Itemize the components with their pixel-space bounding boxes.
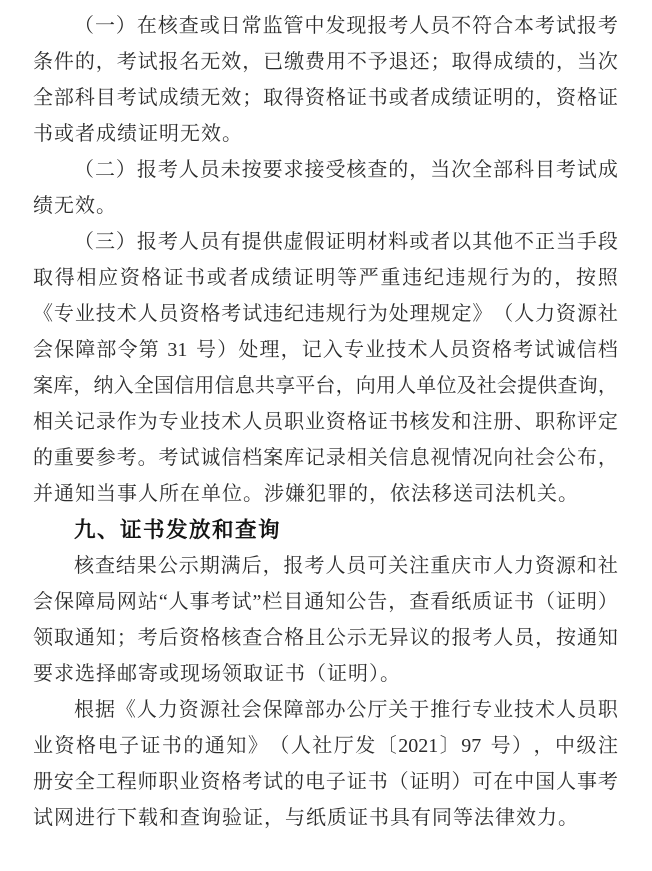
text-line: （二）报考人员未按要求接受核查的，当次全部科目考试成 — [33, 152, 618, 188]
text-line: 书或者成绩证明无效。 — [33, 116, 618, 152]
section-heading: 九、证书发放和查询 — [33, 512, 618, 548]
text-line: 会保障部令第 31 号）处理，记入专业技术人员资格考试诚信档 — [33, 332, 618, 368]
text-line: 册安全工程师职业资格考试的电子证书（证明）可在中国人事考 — [33, 764, 618, 800]
document-text: （一）在核查或日常监管中发现报考人员不符合本考试报考条件的，考试报名无效，已缴费… — [33, 8, 618, 836]
text-line: 取得相应资格证书或者成绩证明等严重违纪违规行为的，按照 — [33, 260, 618, 296]
text-line: 领取通知；考后资格核查合格且公示无异议的报考人员，按通知 — [33, 620, 618, 656]
text-line: 条件的，考试报名无效，已缴费用不予退还；取得成绩的，当次 — [33, 44, 618, 80]
text-line: 试网进行下载和查询验证，与纸质证书具有同等法律效力。 — [33, 800, 618, 836]
text-line: 绩无效。 — [33, 188, 618, 224]
text-line: 根据《人力资源社会保障部办公厅关于推行专业技术人员职 — [33, 692, 618, 728]
text-line: 的重要参考。考试诚信档案库记录相关信息视情况向社会公布， — [33, 440, 618, 476]
text-line: 案库，纳入全国信用信息共享平台，向用人单位及社会提供查询， — [33, 368, 618, 404]
text-line: （一）在核查或日常监管中发现报考人员不符合本考试报考 — [33, 8, 618, 44]
text-line: （三）报考人员有提供虚假证明材料或者以其他不正当手段 — [33, 224, 618, 260]
text-line: 并通知当事人所在单位。涉嫌犯罪的，依法移送司法机关。 — [33, 476, 618, 512]
text-line: 要求选择邮寄或现场领取证书（证明）。 — [33, 656, 618, 692]
text-line: 业资格电子证书的通知》（人社厅发〔2021〕97 号），中级注 — [33, 728, 618, 764]
text-line: 相关记录作为专业技术人员职业资格证书核发和注册、职称评定 — [33, 404, 618, 440]
text-line: 《专业技术人员资格考试违纪违规行为处理规定》（人力资源社 — [33, 296, 618, 332]
text-line: 全部科目考试成绩无效；取得资格证书或者成绩证明的，资格证 — [33, 80, 618, 116]
text-line: 会保障局网站“人事考试”栏目通知公告，查看纸质证书（证明） — [33, 584, 618, 620]
document-page: （一）在核查或日常监管中发现报考人员不符合本考试报考条件的，考试报名无效，已缴费… — [0, 0, 652, 871]
text-line: 核查结果公示期满后，报考人员可关注重庆市人力资源和社 — [33, 548, 618, 584]
